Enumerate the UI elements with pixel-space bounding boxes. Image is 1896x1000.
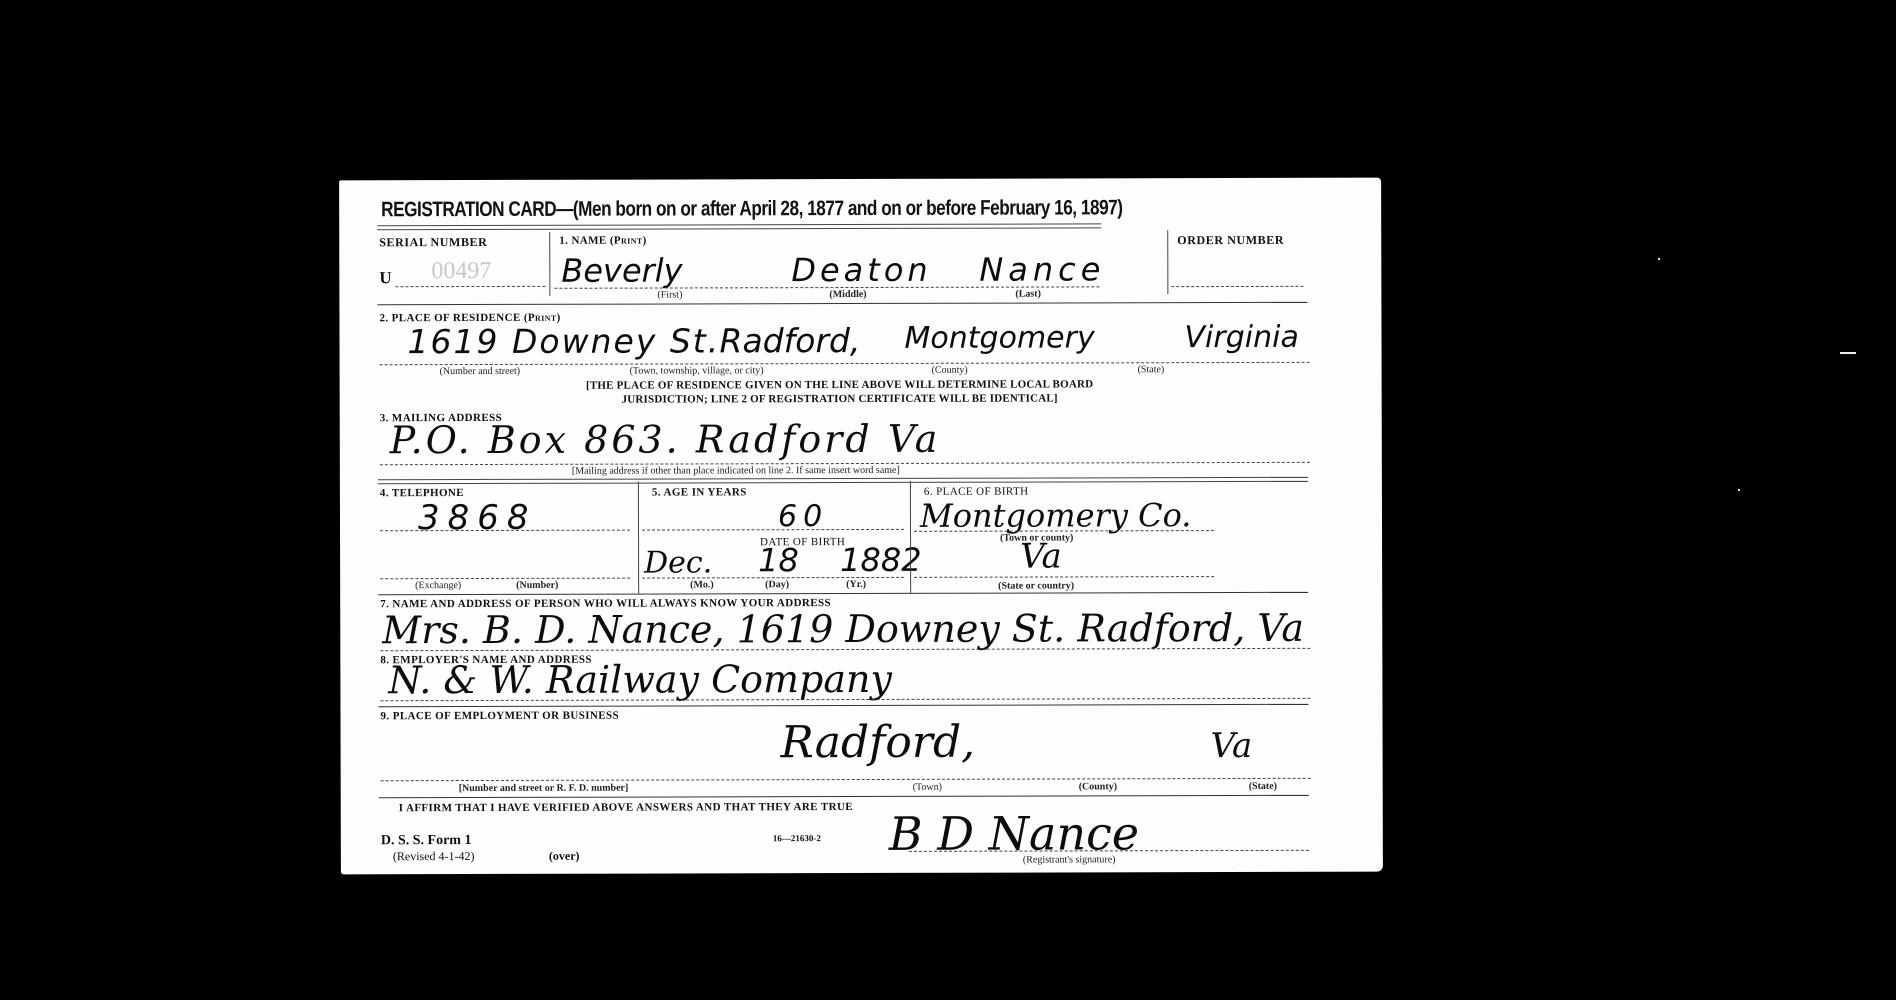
employment-county-caption: (County)	[1079, 781, 1117, 792]
row-rule	[377, 302, 1307, 305]
birthplace-town: Montgomery Co.	[920, 496, 1192, 535]
telephone-value: 3868	[418, 498, 537, 538]
age-line	[642, 529, 904, 531]
name-label: 1. NAME (Print)	[559, 235, 646, 247]
serial-line	[395, 286, 545, 287]
card-title: REGISTRATION CARD—(Men born on or after …	[381, 196, 1122, 222]
form-revised: (Revised 4-1-42)	[393, 849, 475, 864]
dob-month: Dec.	[644, 545, 712, 580]
birthplace-state-caption: (State or country)	[998, 580, 1074, 591]
residence-street-caption: (Number and street)	[440, 366, 521, 377]
age-label: 5. AGE IN YEARS	[652, 486, 747, 498]
name-middle: Deaton	[791, 251, 931, 289]
mailing-caption: [Mailing address if other than place ind…	[572, 465, 900, 477]
dob-year-caption: (Yr.)	[846, 579, 866, 590]
order-number-label: ORDER NUMBER	[1177, 233, 1284, 248]
title-rule	[377, 223, 1101, 230]
serial-number-value: 00497	[431, 258, 491, 285]
dob-day: 18	[758, 541, 799, 579]
divider	[1167, 230, 1168, 294]
scan-speck	[1738, 489, 1740, 491]
serial-number-label: SERIAL NUMBER	[379, 235, 487, 250]
employment-town: Radford,	[781, 717, 976, 769]
employment-state: Va	[1211, 726, 1253, 766]
row-rule	[379, 795, 1309, 798]
employment-town-caption: (Town)	[913, 782, 942, 793]
signature-caption: (Registrant's signature)	[1023, 854, 1116, 865]
registrant-signature: B D Nance	[889, 806, 1139, 861]
scan-speck	[1840, 352, 1856, 354]
affirmation-text: I AFFIRM THAT I HAVE VERIFIED ABOVE ANSW…	[399, 801, 853, 814]
residence-line	[380, 362, 1310, 365]
name-first-caption: (First)	[657, 289, 682, 300]
employment-state-caption: (State)	[1249, 781, 1277, 792]
divider	[549, 232, 550, 296]
row-rule	[378, 477, 1308, 484]
employment-label: 9. PLACE OF EMPLOYMENT OR BUSINESS	[380, 710, 619, 723]
name-last-caption: (Last)	[1015, 289, 1041, 300]
name-last: Nance	[979, 250, 1105, 288]
row-rule	[378, 592, 1308, 595]
residence-note-line1: [THE PLACE OF RESIDENCE GIVEN ON THE LIN…	[400, 378, 1280, 392]
residence-note-line2: JURISDICTION; LINE 2 OF REGISTRATION CER…	[400, 392, 1280, 406]
birthplace-state-line	[914, 576, 1214, 578]
form-name: D. S. S. Form 1	[381, 833, 472, 849]
employment-street-caption: [Number and street or R. F. D. number]	[459, 783, 629, 794]
number-caption: (Number)	[516, 580, 558, 591]
order-number-line	[1171, 286, 1303, 287]
residence-town-caption: (Town, township, village, or city)	[630, 365, 764, 376]
row-rule	[378, 704, 1308, 707]
dob-day-caption: (Day)	[765, 579, 789, 590]
print-code: 16—21630-2	[773, 833, 821, 843]
residence-state: Virginia	[1184, 320, 1298, 355]
contact-value: Mrs. B. D. Nance, 1619 Downey St. Radfor…	[382, 606, 1304, 652]
serial-prefix: U	[379, 268, 391, 288]
exchange-caption: (Exchange)	[415, 580, 461, 591]
registration-card: REGISTRATION CARD—(Men born on or after …	[339, 178, 1383, 875]
telephone-line-2	[380, 578, 630, 580]
name-middle-caption: (Middle)	[829, 289, 866, 300]
residence-street: 1619 Downey St.	[407, 321, 720, 361]
divider	[910, 481, 911, 593]
scan-speck	[1658, 258, 1660, 260]
residence-state-caption: (State)	[1138, 364, 1165, 375]
residence-county-caption: (County)	[932, 365, 968, 376]
dob-month-caption: (Mo.)	[690, 579, 714, 590]
employment-line	[381, 778, 1311, 781]
residence-town: Radford,	[719, 321, 860, 360]
employer-value: N. & W. Railway Company	[388, 657, 892, 702]
divider	[638, 482, 639, 594]
birthplace-state: Va	[1020, 536, 1062, 576]
residence-county: Montgomery	[904, 320, 1094, 355]
name-first: Beverly	[561, 251, 682, 289]
over-label: (over)	[549, 849, 580, 864]
mailing-address-value: P.O. Box 863. Radford Va	[390, 417, 941, 462]
